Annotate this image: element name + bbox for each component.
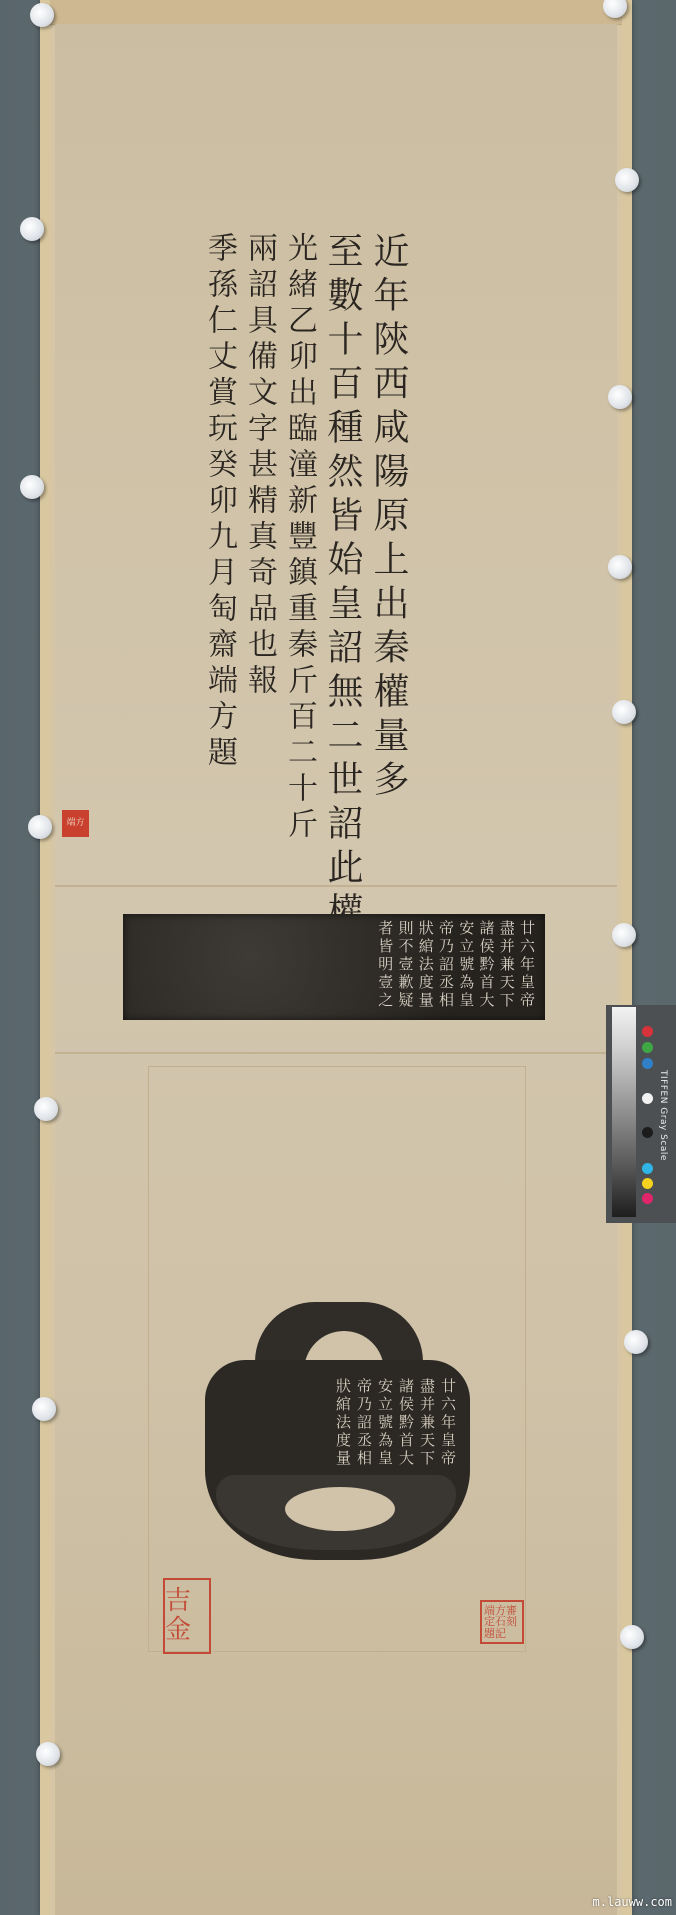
rubbing-band-text: 廿六年皇帝盡并兼天下諸侯黔首大安立號為皇帝乃詔丞相狀綰法度量則不壹歉疑者皆明壹之 [375, 920, 537, 1016]
seal-lower-left: 吉金 [163, 1578, 211, 1654]
mounting-pin [612, 700, 636, 724]
mounting-pin [32, 1397, 56, 1421]
inscription-column: 季孫仁丈賞玩癸卯九月匋齋端方題 [204, 232, 234, 936]
inscription-column: 近年陝西咸陽原上出秦權量多 [370, 232, 406, 936]
weight-base-oval [285, 1487, 395, 1531]
mounting-pin [20, 217, 44, 241]
magenta-patch-icon [642, 1193, 653, 1204]
white-patch-icon [642, 1093, 653, 1104]
mounting-pin [620, 1625, 644, 1649]
calligraphy-inscription: 近年陝西咸陽原上出秦權量多 至數十百種然皆始皇詔無二世詔此權 光緒乙卯出臨潼新豐… [204, 232, 406, 936]
artist-seal: 端方 [62, 810, 89, 837]
inscription-column: 至數十百種然皆始皇詔無二世詔此權 [324, 232, 360, 936]
mounting-pin [624, 1330, 648, 1354]
rubbing-band: 廿六年皇帝盡并兼天下諸侯黔首大安立號為皇帝乃詔丞相狀綰法度量則不壹歉疑者皆明壹之 [123, 914, 545, 1020]
inscription-column: 光緒乙卯出臨潼新豐鎮重秦斤百二十斤 [284, 232, 314, 936]
yellow-patch-icon [642, 1178, 653, 1189]
blue-patch-icon [642, 1058, 653, 1069]
mounting-pin [36, 1742, 60, 1766]
color-card-label: TIFFEN Gray Scale [658, 1070, 668, 1161]
black-patch-icon [642, 1127, 653, 1138]
mounting-pin [608, 555, 632, 579]
seal-lower-right: 端方審定石刻題記 [480, 1600, 524, 1644]
mounting-pin [20, 475, 44, 499]
panel-joint [55, 1052, 617, 1054]
gray-scale-strip [612, 1007, 636, 1217]
mounting-pin [612, 923, 636, 947]
inscription-column: 兩詔具備文字甚精真奇品也報 [244, 232, 274, 936]
weight-inscription: 廿六年皇帝盡并兼天下諸侯黔首大安立號為皇帝乃詔丞相狀綰法度量 [332, 1378, 458, 1478]
mounting-pin [30, 3, 54, 27]
watermark: m.lauww.com [593, 1895, 672, 1909]
green-patch-icon [642, 1042, 653, 1053]
mounting-pin [34, 1097, 58, 1121]
mounting-pin [28, 815, 52, 839]
cyan-patch-icon [642, 1163, 653, 1174]
mounting-pin [608, 385, 632, 409]
red-patch-icon [642, 1026, 653, 1037]
mounting-pin [615, 168, 639, 192]
